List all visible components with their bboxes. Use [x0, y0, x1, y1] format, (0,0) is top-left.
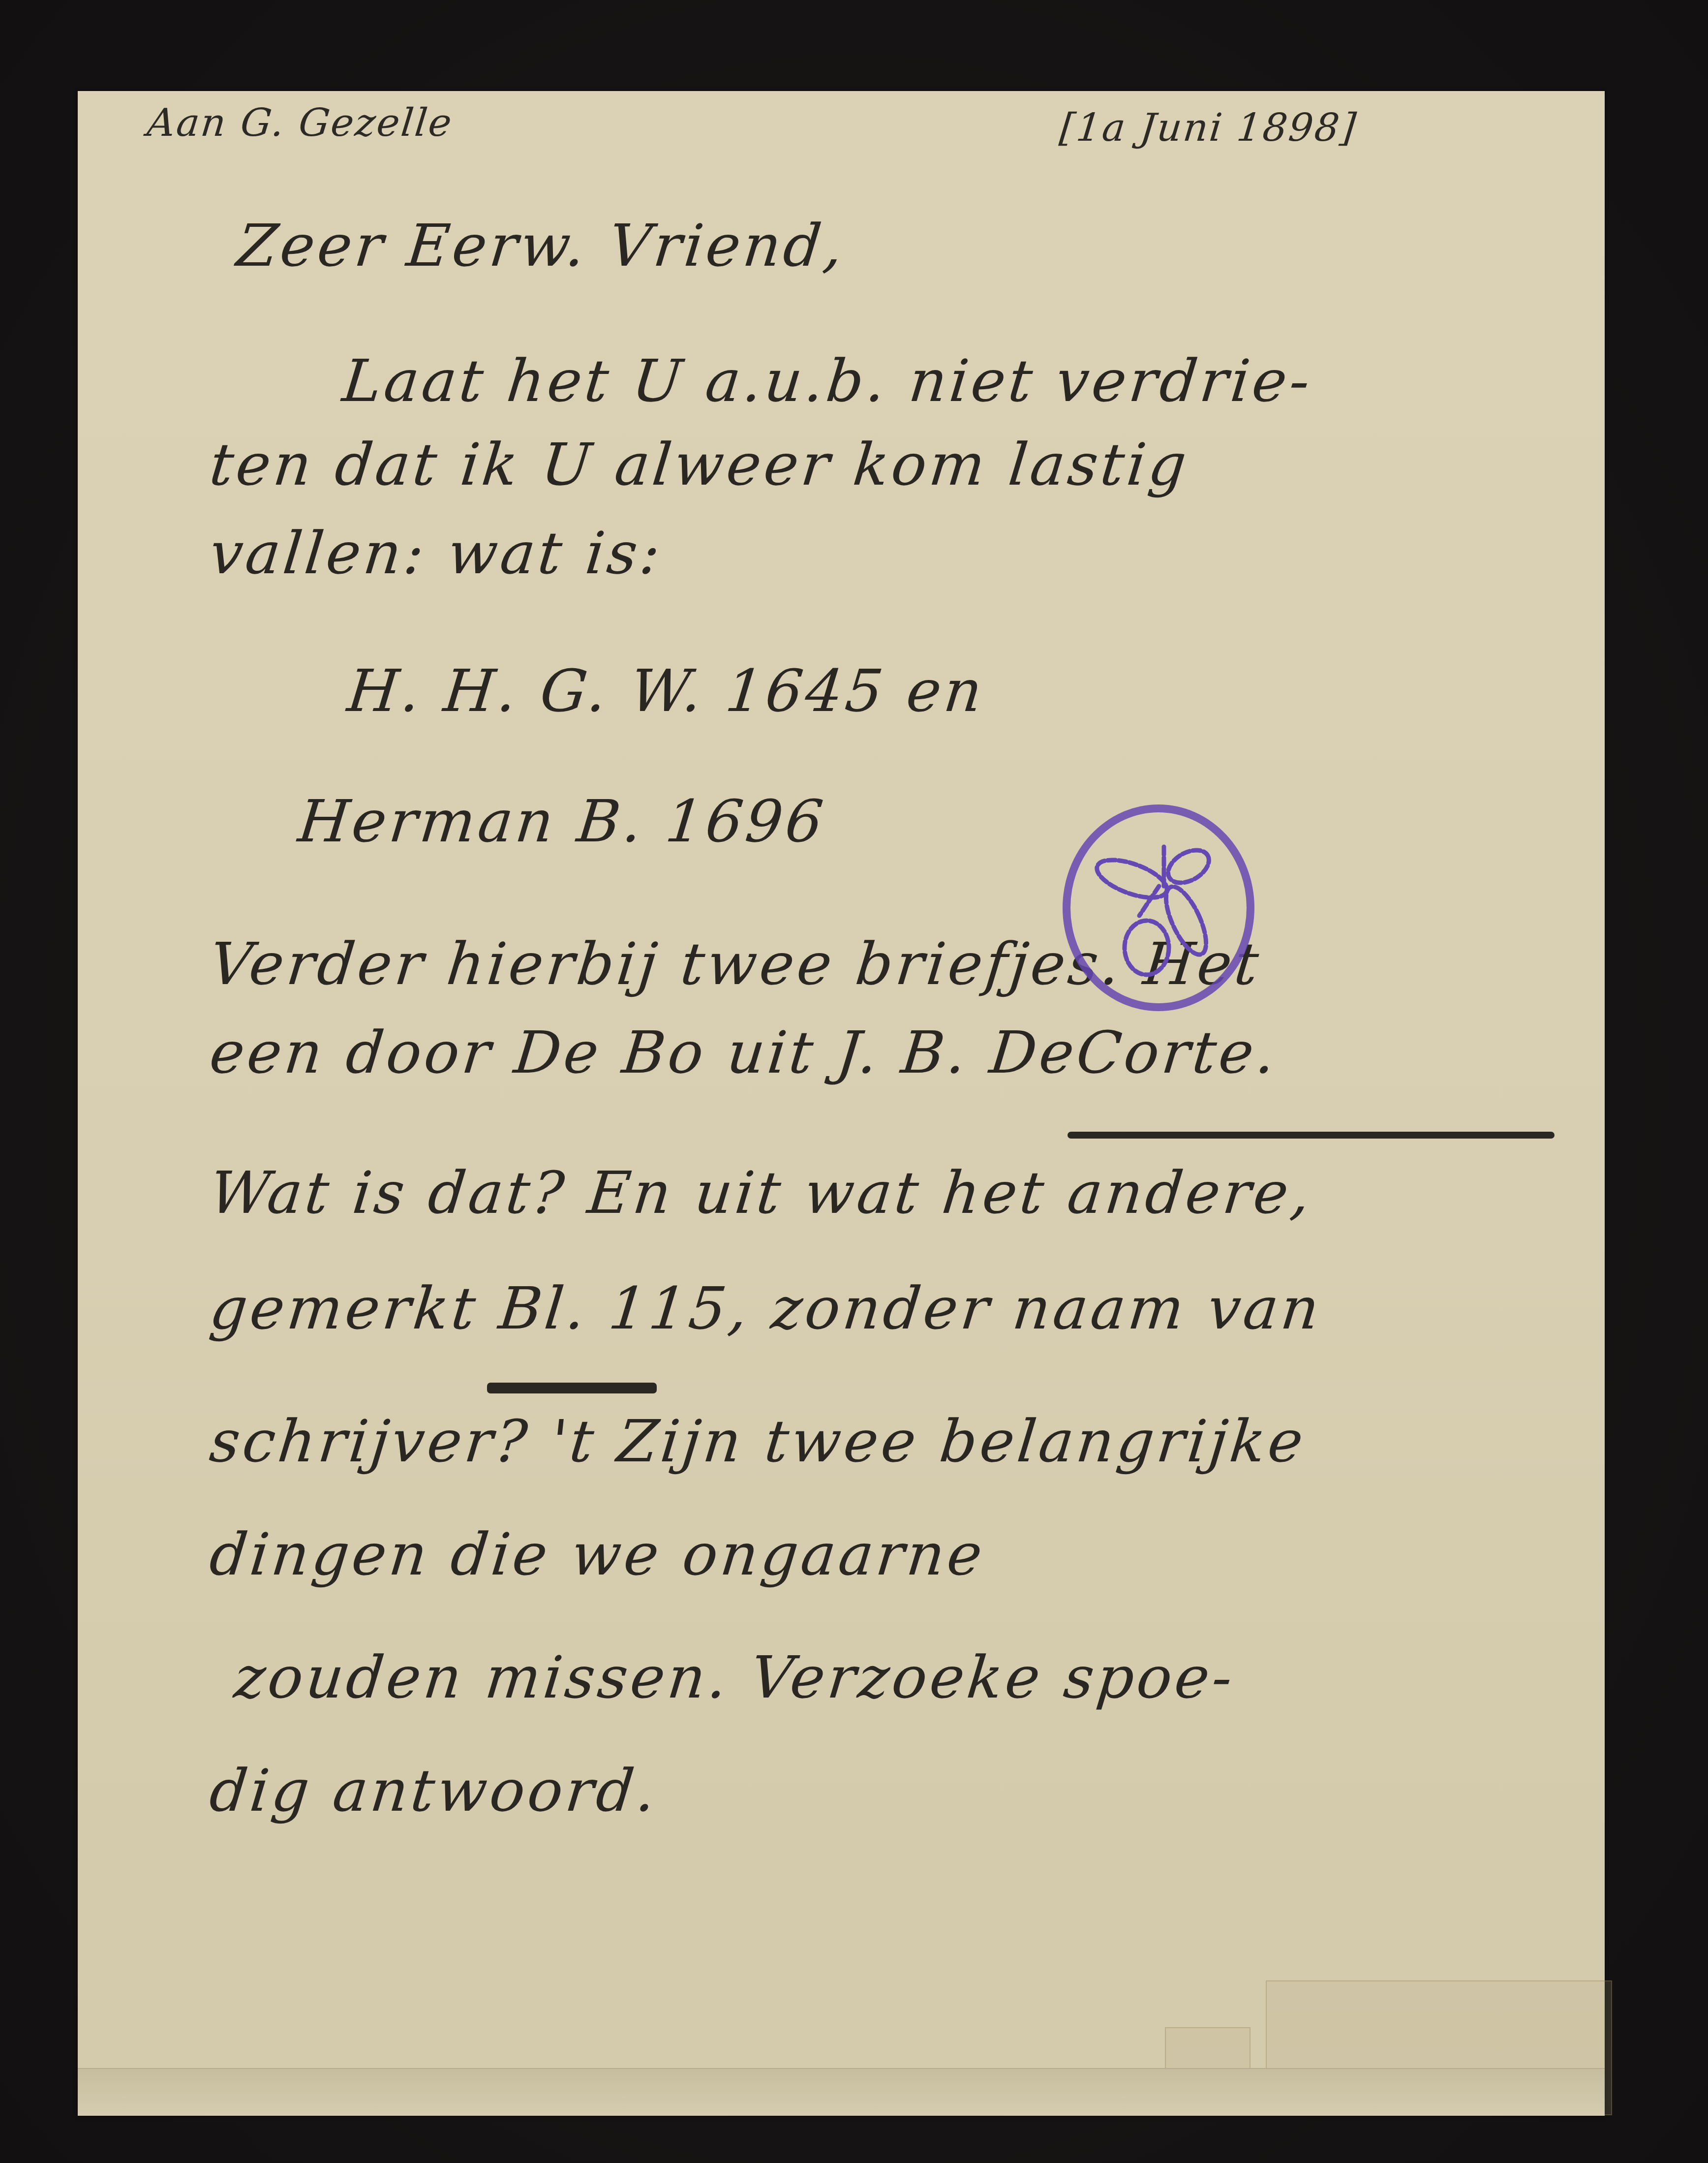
letter-line: H. H. G. W. 1645 en [344, 657, 988, 725]
letter-line: een door De Bo uit J. B. DeCorte. [207, 1019, 1281, 1086]
bee-icon [1090, 832, 1228, 985]
salutation: Zeer Eerw. Vriend, [234, 212, 849, 279]
addressee-note: Aan G. Gezelle [145, 101, 455, 145]
letter-line: vallen: wat is: [207, 519, 666, 587]
letter-line: dingen die we ongaarne [207, 1520, 988, 1588]
letter-line: gemerkt Bl. 115, zonder naam van [207, 1274, 1325, 1342]
underline-bl-115 [487, 1383, 657, 1393]
letter-line: Herman B. 1696 [295, 787, 829, 855]
letter-line: Laat het U a.u.b. niet verdrie- [339, 347, 1316, 415]
underline-decorte [1067, 1132, 1555, 1139]
letter-line: ten dat ik U alweer kom lastig [207, 431, 1192, 498]
folded-bottom-edge [78, 2068, 1605, 2116]
letter-line: zouden missen. Verzoeke spoe- [231, 1643, 1239, 1711]
letter-line: dig antwoord. [207, 1757, 662, 1824]
archive-stamp [1063, 804, 1254, 1011]
letter-line: Wat is dat? En uit wat het andere, [207, 1159, 1316, 1227]
date-note: [1a Juni 1898] [1058, 106, 1359, 150]
letter-line: schrijver? 't Zijn twee belangrijke [207, 1407, 1309, 1475]
